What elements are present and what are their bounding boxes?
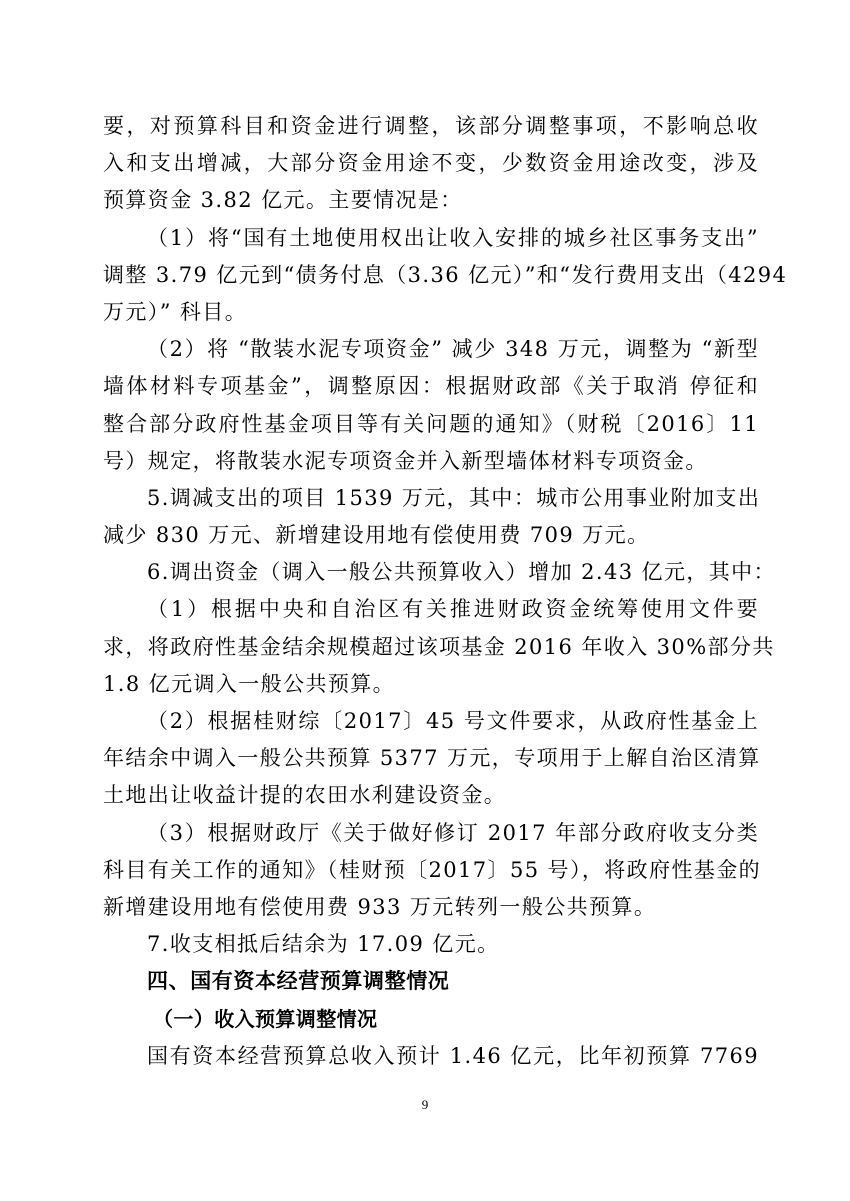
text-line: 1.8 亿元调入一般公共预算。 xyxy=(103,666,759,703)
text-line: （3）根据财政厅《关于做好修订 2017 年部分政府收支分类 xyxy=(103,815,759,852)
text-line: 新增建设用地有偿使用费 933 万元转列一般公共预算。 xyxy=(103,889,759,926)
text-line: （2）将 “散装水泥专项资金” 减少 348 万元，调整为 “新型 xyxy=(103,331,759,368)
paragraph-section-6-item-2: （2）根据桂财综〔2017〕45 号文件要求，从政府性基金上 年结余中调入一般公… xyxy=(103,703,759,815)
text-line: 减少 830 万元、新增建设用地有偿使用费 709 万元。 xyxy=(103,517,759,554)
text-line: （1）将“国有土地使用权出让收入安排的城乡社区事务支出” xyxy=(103,220,759,257)
paragraph-section-5: 5.调减支出的项目 1539 万元，其中：城市公用事业附加支出 减少 830 万… xyxy=(103,480,759,554)
text-line: 入和支出增减，大部分资金用途不变，少数资金用途改变，涉及 xyxy=(103,145,759,182)
text-line: 墙体材料专项基金”，调整原因：根据财政部《关于取消 停征和 xyxy=(103,368,759,405)
text-line: 万元）” 科目。 xyxy=(103,294,759,331)
paragraph-section-6-item-3: （3）根据财政厅《关于做好修订 2017 年部分政府收支分类 科目有关工作的通知… xyxy=(103,815,759,927)
text-line: 科目有关工作的通知》（桂财预〔2017〕55 号），将政府性基金的 xyxy=(103,852,759,889)
section-heading: 四、国有资本经营预算调整情况 xyxy=(103,963,759,1000)
text-line: （1）根据中央和自治区有关推进财政资金统筹使用文件要 xyxy=(103,591,759,628)
text-line: 求，将政府性基金结余规模超过该项基金 2016 年收入 30%部分共 xyxy=(103,629,759,666)
text-line: 调整 3.79 亿元到“债务付息（3.36 亿元）”和“发行费用支出（4294 xyxy=(103,257,759,294)
text-line: 5.调减支出的项目 1539 万元，其中：城市公用事业附加支出 xyxy=(103,480,759,517)
text-line: 国有资本经营预算总收入预计 1.46 亿元，比年初预算 7769 xyxy=(103,1038,759,1075)
paragraph-item-2: （2）将 “散装水泥专项资金” 减少 348 万元，调整为 “新型 墙体材料专项… xyxy=(103,331,759,480)
document-page: 要，对预算科目和资金进行调整，该部分调整事项，不影响总收 入和支出增减，大部分资… xyxy=(0,0,850,1201)
text-line: 土地出让收益计提的农田水利建设资金。 xyxy=(103,777,759,814)
text-line: 号）规定，将散装水泥专项资金并入新型墙体材料专项资金。 xyxy=(103,443,759,480)
paragraph-item-1: （1）将“国有土地使用权出让收入安排的城乡社区事务支出” 调整 3.79 亿元到… xyxy=(103,220,759,332)
text-line: 预算资金 3.82 亿元。主要情况是： xyxy=(103,182,759,219)
text-line: 要，对预算科目和资金进行调整，该部分调整事项，不影响总收 xyxy=(103,108,759,145)
text-line: 6.调出资金（调入一般公共预算收入）增加 2.43 亿元，其中： xyxy=(103,554,759,591)
paragraph-section-6: 6.调出资金（调入一般公共预算收入）增加 2.43 亿元，其中： xyxy=(103,554,759,591)
text-line: （2）根据桂财综〔2017〕45 号文件要求，从政府性基金上 xyxy=(103,703,759,740)
paragraph-continuation: 要，对预算科目和资金进行调整，该部分调整事项，不影响总收 入和支出增减，大部分资… xyxy=(103,108,759,220)
text-line: 整合部分政府性基金项目等有关问题的通知》（财税〔2016〕11 xyxy=(103,406,759,443)
subsection-heading: （一）收入预算调整情况 xyxy=(103,1001,759,1038)
paragraph-income-summary: 国有资本经营预算总收入预计 1.46 亿元，比年初预算 7769 xyxy=(103,1038,759,1075)
paragraph-section-7: 7.收支相抵后结余为 17.09 亿元。 xyxy=(103,926,759,963)
page-body: 要，对预算科目和资金进行调整，该部分调整事项，不影响总收 入和支出增减，大部分资… xyxy=(103,108,759,1075)
text-line: 年结余中调入一般公共预算 5377 万元，专项用于上解自治区清算 xyxy=(103,740,759,777)
paragraph-section-6-item-1: （1）根据中央和自治区有关推进财政资金统筹使用文件要 求，将政府性基金结余规模超… xyxy=(103,591,759,703)
page-number: 9 xyxy=(0,1097,850,1113)
text-line: 7.收支相抵后结余为 17.09 亿元。 xyxy=(103,926,759,963)
